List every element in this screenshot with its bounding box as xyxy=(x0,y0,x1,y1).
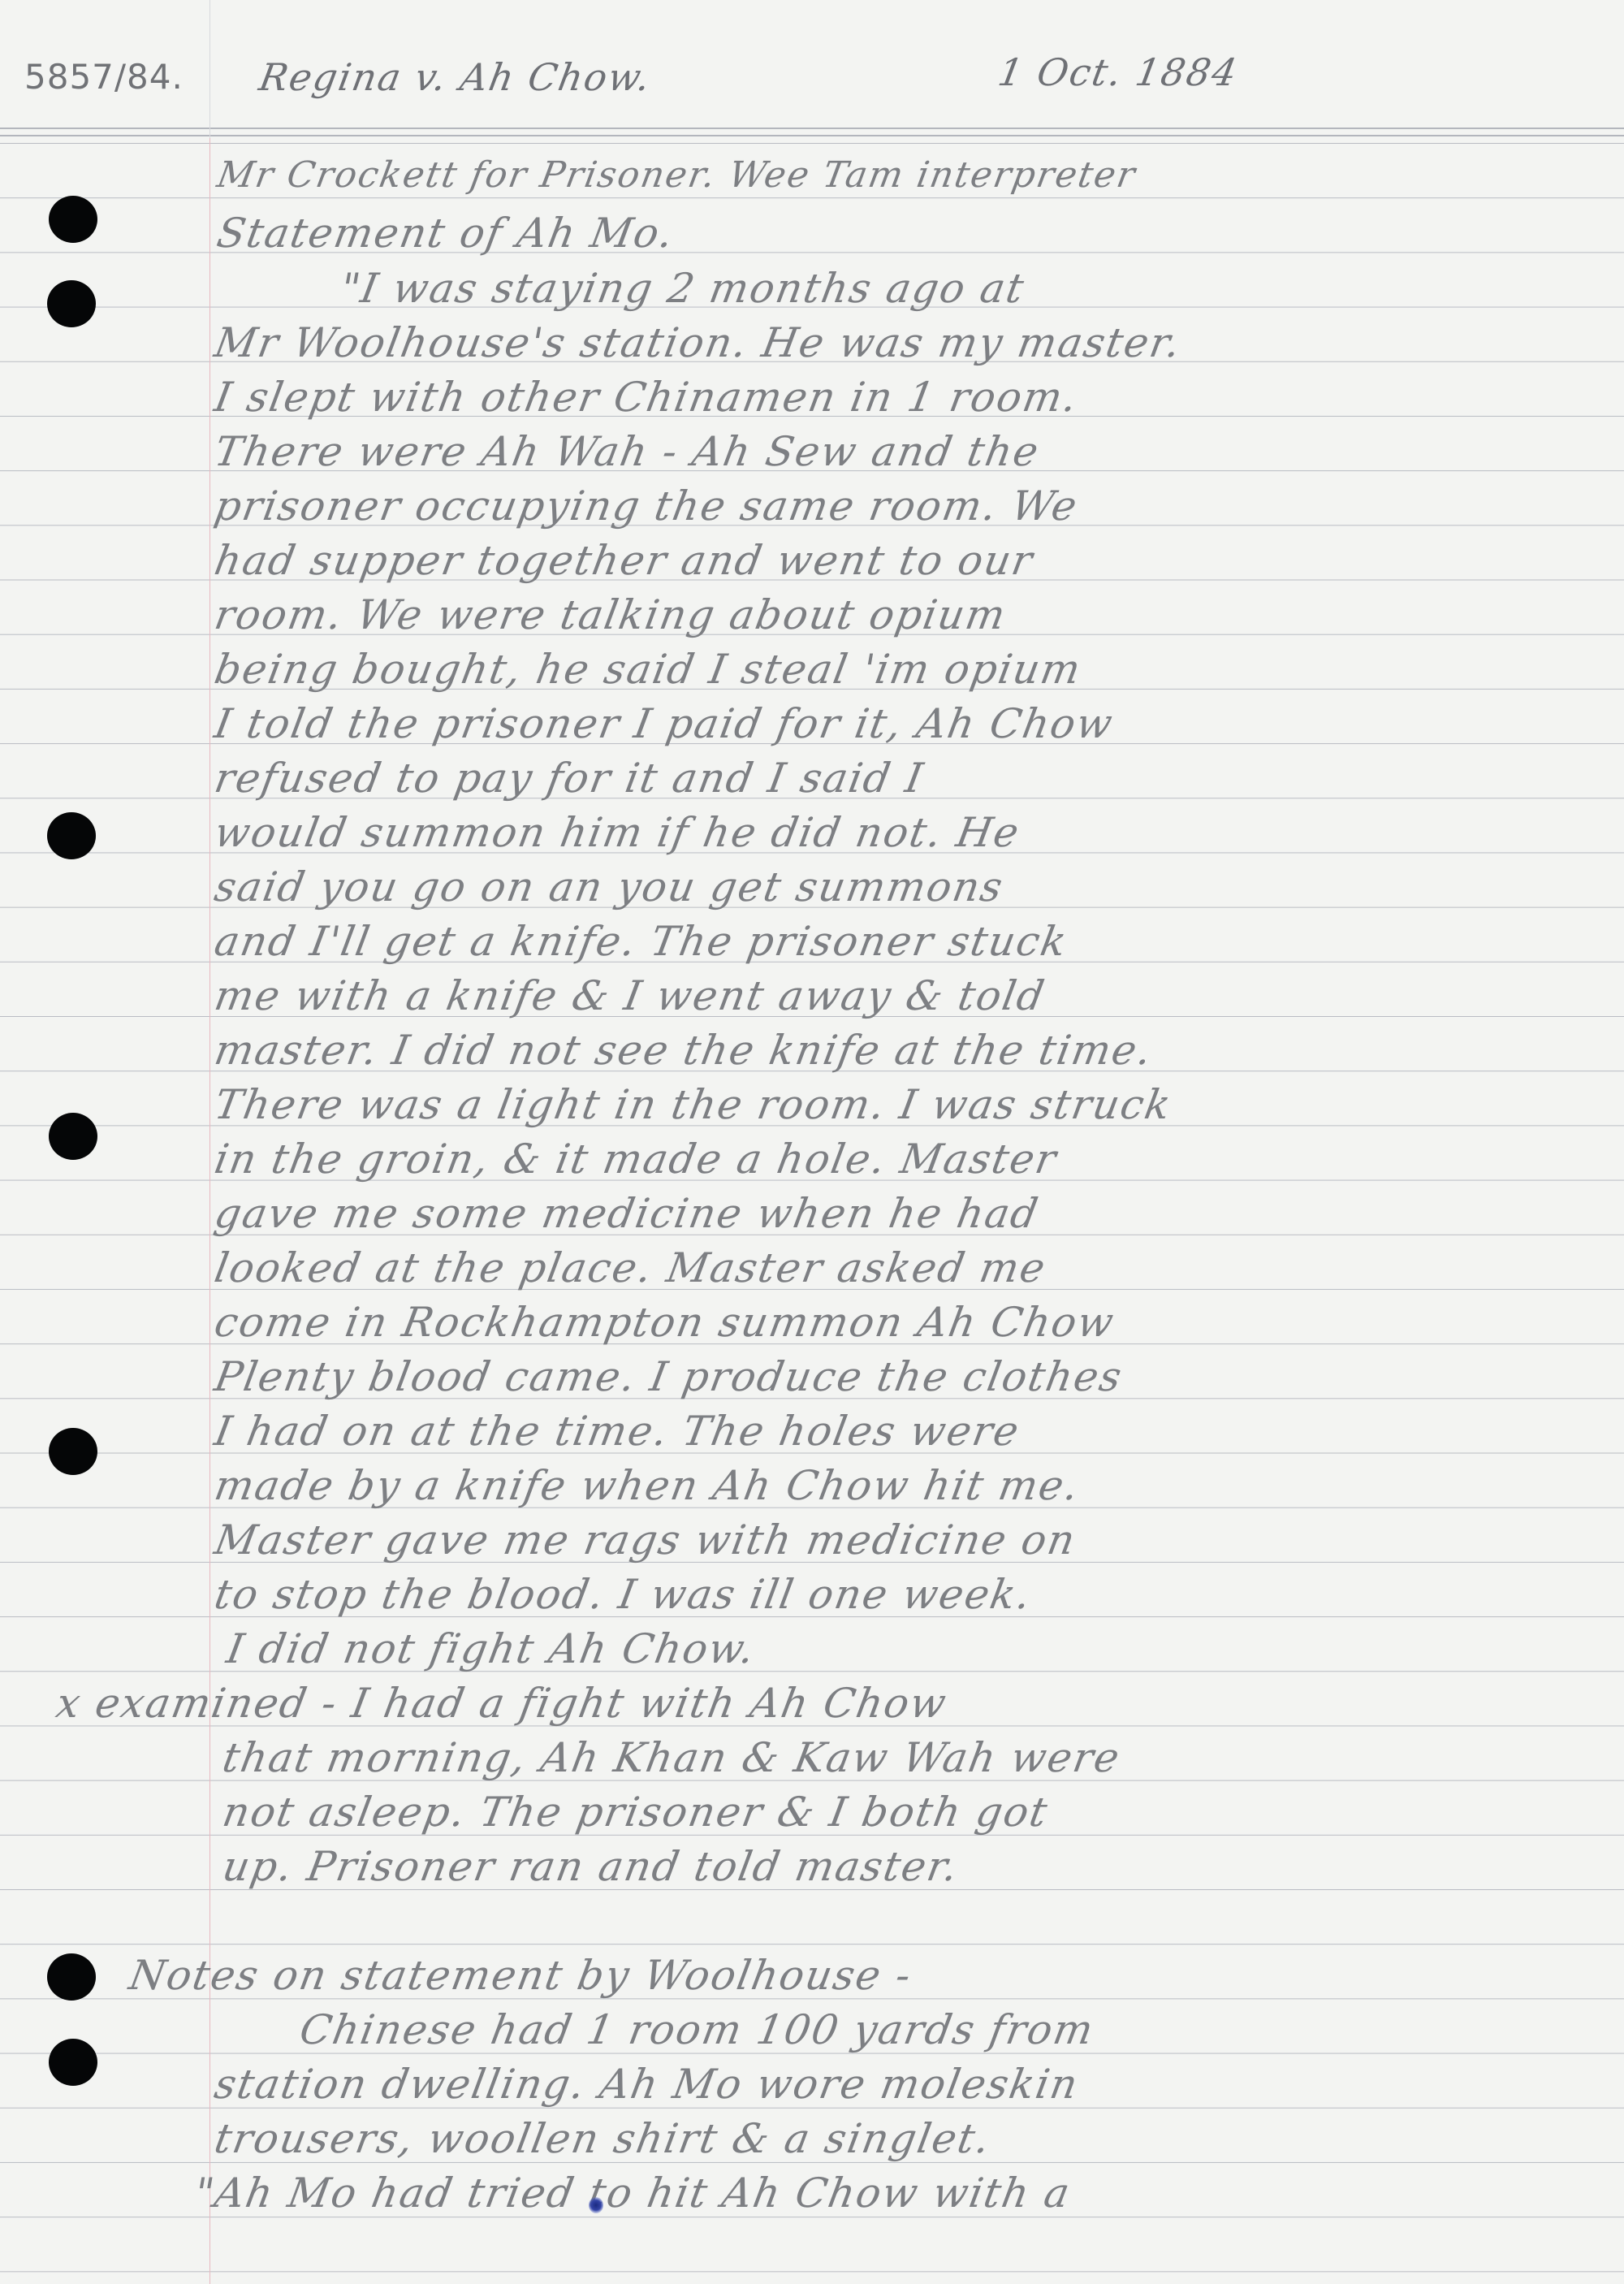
top-rule xyxy=(0,135,1624,136)
text-line: said you go on an you get summons xyxy=(211,863,1008,911)
text-line: not asleep. The prisoner & I both got xyxy=(219,1789,1052,1836)
text-line: There were Ah Wah - Ah Sew and the xyxy=(211,428,1043,475)
text-line: I had on at the time. The holes were xyxy=(211,1408,1024,1455)
text-line: Mr Woolhouse's station. He was my master… xyxy=(211,319,1186,366)
notes-heading: Notes on statement by Woolhouse - xyxy=(126,1952,916,1999)
text-line: Statement of Ah Mo. xyxy=(214,210,678,257)
cross-examination-line: x examined - I had a fight with Ah Chow xyxy=(53,1680,951,1727)
text-line: station dwelling. Ah Mo wore moleskin xyxy=(211,2061,1082,2108)
case-title: Regina v. Ah Chow. xyxy=(256,55,655,99)
text-line: had supper together and went to our xyxy=(211,537,1038,584)
text-line: looked at the place. Master asked me xyxy=(211,1244,1050,1291)
punch-hole xyxy=(47,1953,96,2001)
text-line: I did not fight Ah Chow. xyxy=(223,1625,759,1672)
punch-hole xyxy=(49,2039,97,2086)
punch-hole xyxy=(49,1428,97,1475)
ink-blot xyxy=(589,2197,603,2213)
text-line: up. Prisoner ran and told master. xyxy=(219,1843,963,1890)
text-line: and I'll get a knife. The prisoner stuck xyxy=(211,918,1072,965)
top-rule xyxy=(0,128,1624,129)
text-line: Master gave me rags with medicine on xyxy=(211,1516,1080,1564)
text-line: refused to pay for it and I said I xyxy=(211,755,928,802)
text-line: I slept with other Chinamen in 1 room. xyxy=(211,374,1082,421)
notebook-page: 5857/84. Regina v. Ah Chow. 1 Oct. 1884 … xyxy=(0,0,1624,2284)
text-line: would summon him if he did not. He xyxy=(211,809,1024,856)
case-reference-number: 5857/84. xyxy=(24,57,184,97)
text-line: There was a light in the room. I was str… xyxy=(211,1081,1176,1128)
text-line: I told the prisoner I paid for it, Ah Ch… xyxy=(211,700,1117,747)
case-date: 1 Oct. 1884 xyxy=(995,50,1242,94)
text-line: "Ah Mo had tried to hit Ah Chow with a xyxy=(191,2169,1075,2217)
text-line: prisoner occupying the same room. We xyxy=(211,482,1082,530)
text-line: gave me some medicine when he had xyxy=(211,1190,1043,1237)
punch-hole xyxy=(47,812,96,859)
text-line: master. I did not see the knife at the t… xyxy=(211,1027,1156,1074)
punch-hole xyxy=(47,280,96,327)
text-line: come in Rockhampton summon Ah Chow xyxy=(211,1299,1119,1346)
text-line: made by a knife when Ah Chow hit me. xyxy=(211,1462,1083,1509)
text-line: Mr Crockett for Prisoner. Wee Tam interp… xyxy=(214,154,1140,196)
text-line: being bought, he said I steal 'im opium xyxy=(211,646,1086,693)
text-line: to stop the blood. I was ill one week. xyxy=(211,1571,1035,1618)
text-line: trousers, woollen shirt & a singlet. xyxy=(211,2115,995,2162)
text-line: "I was staying 2 months ago at xyxy=(337,265,1029,312)
punch-hole xyxy=(49,1113,97,1160)
text-line: in the groin, & it made a hole. Master xyxy=(211,1136,1061,1183)
text-line: me with a knife & I went away & told xyxy=(211,972,1049,1019)
punch-hole xyxy=(49,196,97,243)
text-line: room. We were talking about opium xyxy=(211,591,1010,638)
margin-line xyxy=(209,0,210,138)
text-line: Chinese had 1 room 100 yards from xyxy=(296,2006,1098,2053)
text-line: that morning, Ah Khan & Kaw Wah were xyxy=(219,1734,1125,1781)
text-line: Plenty blood came. I produce the clothes xyxy=(211,1353,1126,1400)
